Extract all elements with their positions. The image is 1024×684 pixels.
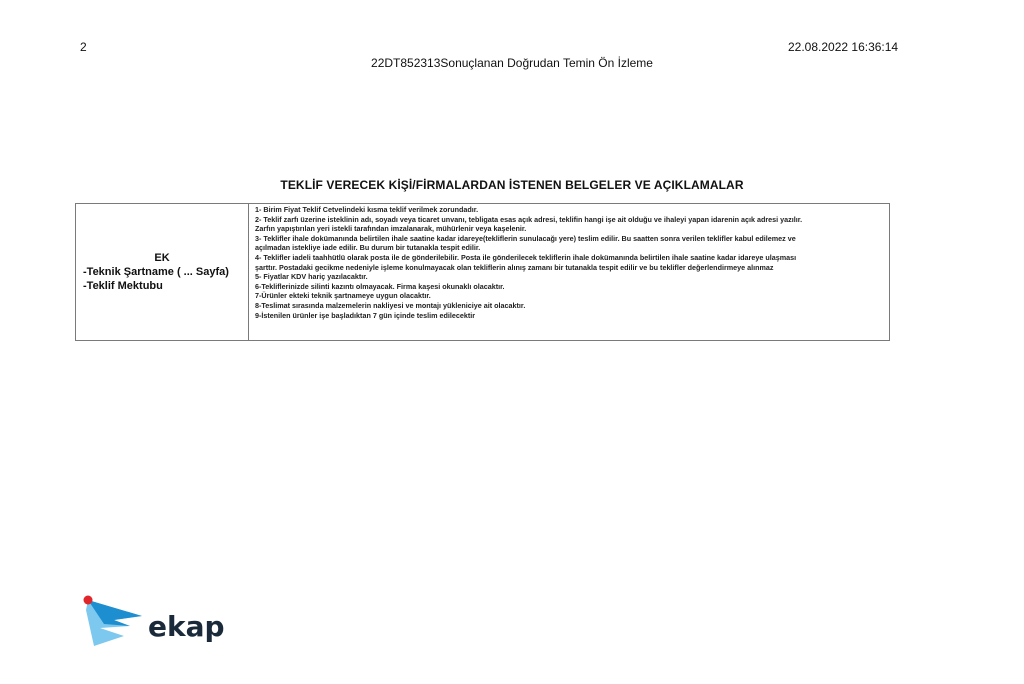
explanation-line: 7-Ürünler ekteki teknik şartnameye uygun… (255, 291, 889, 301)
explanation-line: 4- Teklifler iadeli taahhütlü olarak pos… (255, 253, 889, 263)
explanation-line: 8-Teslimat sırasında malzemelerin nakliy… (255, 301, 889, 311)
explanation-line: şarttır. Postadaki gecikme nedeniyle işl… (255, 263, 889, 273)
explanation-line: 1- Birim Fiyat Teklif Cetvelindeki kısma… (255, 205, 889, 215)
requirements-table: EK -Teknik Şartname ( ... Sayfa) -Teklif… (75, 203, 890, 341)
explanation-line: 3- Teklifler ihale dokümanında belirtile… (255, 234, 889, 244)
document-title: 22DT852313Sonuçlanan Doğrudan Temin Ön İ… (0, 56, 1024, 70)
svg-text:ekap: ekap (148, 610, 225, 643)
attachments-heading: EK (83, 251, 248, 265)
ekap-logo: ekap (80, 590, 240, 650)
attachment-item: -Teknik Şartname ( ... Sayfa) (83, 265, 248, 279)
explanation-line: 2- Teklif zarfı üzerine isteklinin adı, … (255, 215, 889, 225)
attachment-item: -Teklif Mektubu (83, 279, 248, 293)
explanation-line: Zarfın yapıştırılan yeri istekli tarafın… (255, 224, 889, 234)
page-number: 2 (80, 40, 87, 54)
ekap-wing-icon: ekap (80, 590, 240, 650)
print-timestamp: 22.08.2022 16:36:14 (788, 40, 898, 54)
explanation-line: 6-Tekliflerinizde silinti kazıntı olmaya… (255, 282, 889, 292)
explanation-line: açılmadan istekliye iade edilir. Bu duru… (255, 243, 889, 253)
section-title: TEKLİF VERECEK KİŞİ/FİRMALARDAN İSTENEN … (0, 178, 1024, 192)
attachments-cell: EK -Teknik Şartname ( ... Sayfa) -Teklif… (76, 204, 249, 340)
explanations-cell: 1- Birim Fiyat Teklif Cetvelindeki kısma… (249, 204, 889, 340)
explanation-line: 9-İstenilen ürünler işe başladıktan 7 gü… (255, 311, 889, 321)
explanation-line: 5- Fiyatlar KDV hariç yazılacaktır. (255, 272, 889, 282)
